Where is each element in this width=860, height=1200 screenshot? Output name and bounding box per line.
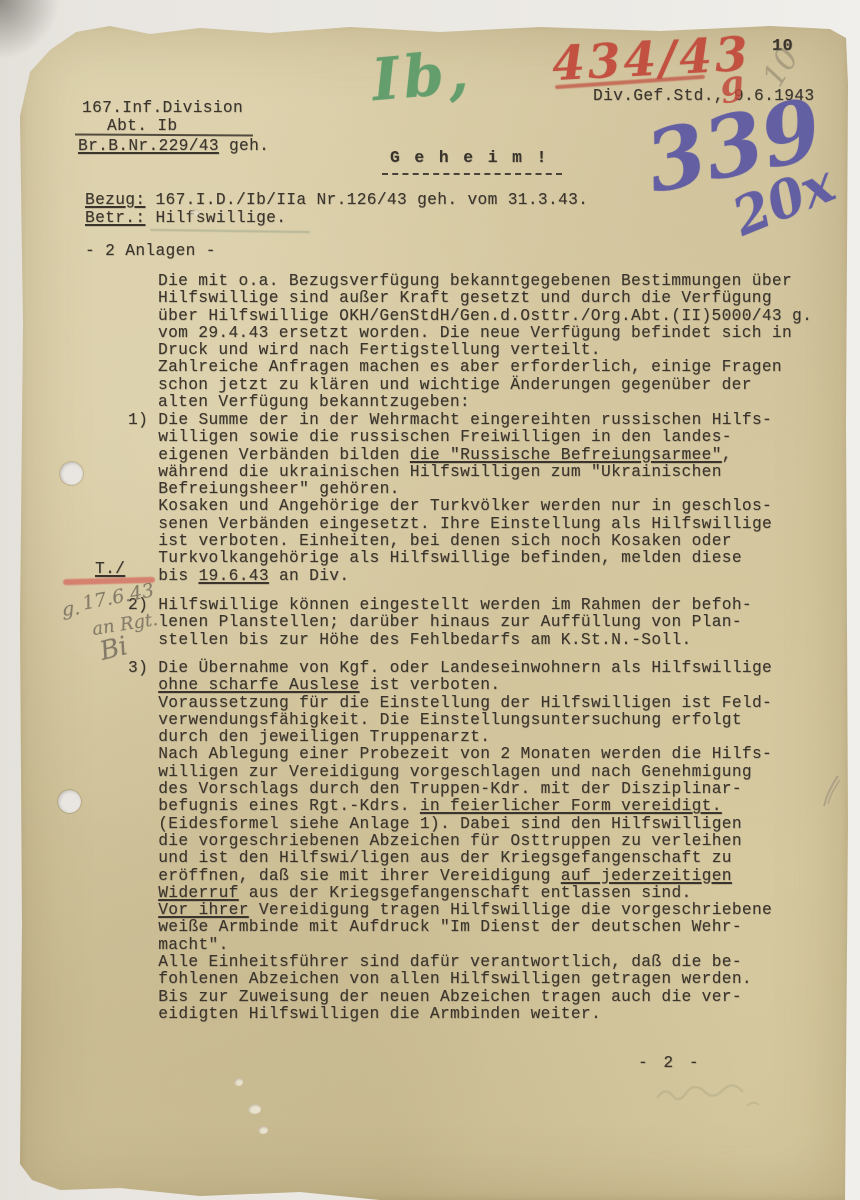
body-item-2: 2) Hilfswillige können eingestellt werde… xyxy=(128,597,752,649)
hole-punch-icon xyxy=(58,790,81,813)
typed-line: durch den jeweiligen Truppenarzt. xyxy=(128,729,772,746)
typed-line: Widerruf aus der Kriegsgefangenschaft en… xyxy=(128,885,772,902)
typed-line: Bis zur Zuweisung der neuen Abzeichen tr… xyxy=(128,989,772,1006)
body-item-1: 1) Die Summe der in der Wehrmacht einger… xyxy=(128,412,772,585)
typed-line: stellen bis zur Höhe des Fehlbedarfs am … xyxy=(128,632,752,649)
typed-line: weiße Armbinde mit Aufdruck "Im Dienst d… xyxy=(128,919,772,936)
betreff-line: Betr.: Hilfswillige. xyxy=(85,210,286,227)
anlagen-note: - 2 Anlagen - xyxy=(85,243,216,260)
green-crayon-department-mark: Ib, xyxy=(369,38,474,114)
body-item-3: 3) Die Übernahme von Kgf. oder Landesein… xyxy=(128,660,772,1023)
pencil-check-icon xyxy=(818,772,844,810)
betreff-text: Hilfswillige. xyxy=(145,209,286,227)
document-page: 167.Inf.Division Abt. Ib Br.B.Nr.229/43 … xyxy=(20,24,848,1200)
intro-paragraph: Die mit o.a. Bezugsverfügung bekanntgege… xyxy=(158,273,812,411)
paper-damage xyxy=(190,209,200,216)
typed-line: Nach Ablegung einer Probezeit von 2 Mona… xyxy=(128,746,772,763)
typed-line: Voraussetzung für die Einstellung der Hi… xyxy=(128,695,772,712)
bezug-label: Bezug: xyxy=(85,191,145,209)
typed-line: eidigten Hilfswilligen die Armbinden wei… xyxy=(128,1006,772,1023)
typed-line: und ist den Hilfswi/ligen aus der Kriegs… xyxy=(128,850,772,867)
typed-line: Kosaken und Angehörige der Turkvölker we… xyxy=(128,498,772,515)
typed-line: lenen Planstellen; darüber hinaus zur Au… xyxy=(128,614,752,631)
pencil-signature-initial: Bi xyxy=(97,631,131,667)
typed-line: des Vorschlags durch den Truppen-Kdr. mi… xyxy=(128,781,772,798)
file-number: Br.B.Nr.229/43 geh. xyxy=(78,138,269,155)
typed-line: über Hilfswillige OKH/GenStdH/Gen.d.Ostt… xyxy=(158,308,812,325)
t-mark-text: T./ xyxy=(95,560,125,578)
typed-line: Turkvolkangehörige als Hilfswillige befi… xyxy=(128,550,772,567)
typed-line: senen Verbänden eingesetzt. Ihre Einstel… xyxy=(128,516,772,533)
bezug-text: 167.I.D./Ib/IIa Nr.126/43 geh. vom 31.3.… xyxy=(145,191,588,209)
typed-line: schon jetzt zu klären und wichtige Änder… xyxy=(158,377,812,394)
betreff-label: Betr.: xyxy=(85,209,145,227)
file-number-suffix: geh. xyxy=(219,137,269,155)
margin-t-mark: T./ xyxy=(95,561,125,578)
typed-line: vom 29.4.43 ersetzt worden. Die neue Ver… xyxy=(158,325,812,342)
typed-line: eigenen Verbänden bilden die "Russische … xyxy=(128,447,772,464)
typed-line: verwendungsfähigkeit. Die Einstellungsun… xyxy=(128,712,772,729)
typed-line: Vor ihrer Vereidigung tragen Hilfswillig… xyxy=(128,902,772,919)
typed-line: befugnis eines Rgt.-Kdrs. in feierlicher… xyxy=(128,798,772,815)
typed-line: 2) Hilfswillige können eingestellt werde… xyxy=(128,597,752,614)
classification-underline xyxy=(382,155,562,175)
typed-line: bis 19.6.43 an Div. xyxy=(128,568,772,585)
typed-line: Hilfswillige sind außer Kraft gesetzt un… xyxy=(158,290,812,307)
typed-line: willigen sowie die russischen Freiwillig… xyxy=(128,429,772,446)
typed-line: die vorgeschriebenen Abzeichen für Osttr… xyxy=(128,833,772,850)
unit-name: 167.Inf.Division xyxy=(82,100,243,117)
typed-line: (Eidesformel siehe Anlage 1). Dabei sind… xyxy=(128,816,772,833)
typed-line: eröffnen, daß sie mit ihrer Vereidigung … xyxy=(128,868,772,885)
pencil-note-g: g. xyxy=(61,597,81,621)
file-number-ref: Br.B.Nr.229/43 xyxy=(78,137,219,155)
typed-line: ist verboten. Einheiten, bei denen sich … xyxy=(128,533,772,550)
scanner-background: 167.Inf.Division Abt. Ib Br.B.Nr.229/43 … xyxy=(0,0,860,1200)
typed-line: fohlenen Abzeichen von allen Hilfswillig… xyxy=(128,971,772,988)
typed-line: während die ukrainischen Hilfswilligen z… xyxy=(128,464,772,481)
typed-line: 3) Die Übernahme von Kgf. oder Landesein… xyxy=(128,660,772,677)
paper-damage xyxy=(234,1078,243,1086)
typed-line: Die mit o.a. Bezugsverfügung bekanntgege… xyxy=(158,273,812,290)
hole-punch-icon xyxy=(60,462,83,485)
paper-damage xyxy=(248,1104,261,1114)
typed-line: Zahlreiche Anfragen machen es aber erfor… xyxy=(158,359,812,376)
typed-line: willigen zur Vereidigung vorgeschlagen u… xyxy=(128,764,772,781)
typed-line: ohne scharfe Auslese ist verboten. xyxy=(128,677,772,694)
paper-damage xyxy=(258,1126,268,1134)
pencil-ghost-marks-icon xyxy=(652,1076,802,1116)
next-page-number: - 2 - xyxy=(638,1055,702,1072)
unit-department: Abt. Ib xyxy=(107,118,177,135)
typed-line: 1) Die Summe der in der Wehrmacht einger… xyxy=(128,412,772,429)
typed-line: Druck und wird nach Fertigstellung verte… xyxy=(158,342,812,359)
bezug-line: Bezug: 167.I.D./Ib/IIa Nr.126/43 geh. vo… xyxy=(85,192,588,209)
typed-line: Alle Einheitsführer sind dafür verantwor… xyxy=(128,954,772,971)
typed-line: Befreiungsheer" gehören. xyxy=(128,481,772,498)
typed-line: alten Verfügung bekanntzugeben: xyxy=(158,394,812,411)
pencil-underline-hilfswillige xyxy=(150,229,310,233)
typed-line: macht". xyxy=(128,937,772,954)
